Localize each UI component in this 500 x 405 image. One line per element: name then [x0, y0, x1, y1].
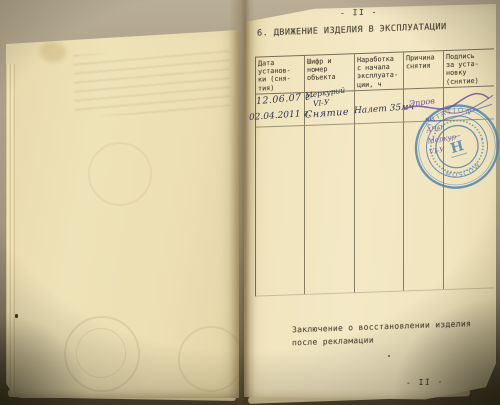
show-through-stamp-2 [178, 326, 244, 392]
right-page-content: - II - 6. ДВИЖЕНИЕ ИЗДЕЛИЯ В ЭКСПЛУАТАЦИ… [246, 3, 496, 404]
show-through-text [73, 49, 231, 116]
table-empty-cell [256, 126, 305, 296]
table-empty-cell [355, 122, 404, 292]
column-header-install-date: Дата установ- ки (сня- тия) [256, 56, 305, 95]
page-number-top: - II - [340, 7, 378, 17]
small-speck [388, 355, 390, 357]
paper-stain [40, 42, 66, 62]
show-through-stamp-faint [88, 142, 152, 206]
handwritten-object-model: VI-У [313, 98, 330, 109]
ink-speck [15, 314, 18, 318]
section-title: 6. ДВИЖЕНИЕ ИЗДЕЛИЯ В ЭКСПЛУАТАЦИИ [257, 22, 447, 39]
page-number-bottom: - II - [406, 377, 444, 387]
table-empty-cell [305, 124, 355, 294]
show-through-stamp-1-inner [76, 328, 126, 378]
footer-conclusion-text: Заключение о восстановлении изделия посл… [292, 318, 482, 350]
left-blank-page [6, 30, 239, 398]
scanned-logbook-photo: - II - 6. ДВИЖЕНИЕ ИЗДЕЛИЯ В ЭКСПЛУАТАЦИ… [0, 0, 500, 405]
column-header-operating-time: Наработка с начала эксплуата- ции, ч [355, 52, 404, 91]
stacked-page-edges [6, 64, 15, 396]
column-header-signature: Подпись за уста- новку (снятие) [444, 49, 494, 88]
column-header-removal-reason: Причина снятия [404, 51, 444, 89]
round-aviation-stamp: AVIATION MOSCOW Н [412, 100, 500, 193]
